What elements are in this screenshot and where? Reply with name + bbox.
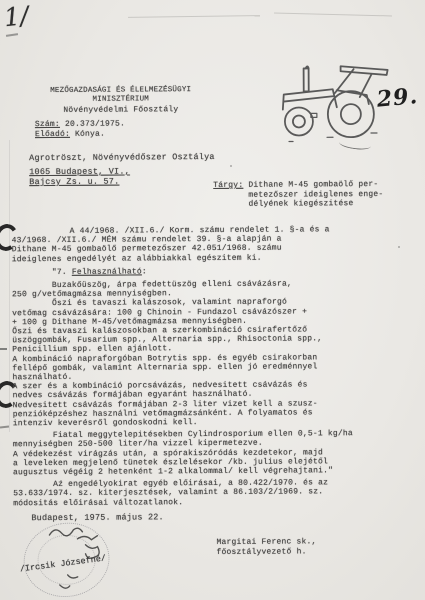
stamp-icon: /Ircsik Józsefné/ [7,522,157,600]
section-number: "7. [52,268,72,277]
clerk-label: Előadó: [35,130,70,139]
recipient-name: Agrotröszt, Növényvédőszer Osztálya [29,152,215,163]
reference-block: Szám: 20.373/1975. Előadó: Kónya. [35,120,125,141]
body-paragraph: Őszi és tavaszi kalászosokban a szerkomb… [12,325,364,355]
subject-block: Tárgy: Dithane M-45 gombaölő per- metező… [213,180,383,210]
closing-paragraph: Az engedélyokirat egyéb előirásai, a 80.… [13,478,365,508]
subject-text: Dithane M-45 gombaölő per- metezőszer id… [248,180,383,209]
letterhead: MEZŐGAZDASÁGI ÉS ÉLELMEZÉSÜGYI MINISZTÉR… [35,86,207,115]
subject-label: Tárgy: [213,181,243,210]
scanned-letter-page: 1/ MEZŐGAZDASÁGI ÉS ÉLELMEZÉSÜGYI MINISZ… [0,0,425,600]
intro-paragraph: A 44/1968. /XII.6./ Korm. számu rendelet… [12,225,364,264]
signatory-title: főosztályvezető h. [217,547,317,558]
body-paragraph: A szer és a kombináció porcsávázás, nedv… [13,380,365,401]
body-paragraph: Fiatal meggytelepitésekben Cylindrospori… [13,429,365,450]
section-heading: "7. Felhasználható: [12,266,364,277]
handwritten-page-number: 29. [376,83,420,113]
reference-number-label: Szám: [35,120,60,129]
reference-number-row: Szám: 20.373/1975. [35,120,125,131]
clerk-row: Előadó: Kónya. [35,130,125,141]
section-colon: : [142,267,147,276]
document-content: MEZŐGAZDASÁGI ÉS ÉLELMEZÉSÜGYI MINISZTÉR… [0,0,425,600]
reference-number-value: 20.373/1975. [65,120,125,129]
recipient-block: Agrotröszt, Növényvédőszer Osztálya 1065… [29,152,215,187]
clerk-value: Kónya. [75,130,105,139]
body-paragraph: Őszi és tavaszi kalászosok, valamint nap… [12,297,364,327]
ministry-name-line2: MINISZTÉRIUM [35,95,207,105]
signature-block: Margitai Ferenc sk., főosztályvezető h. [216,537,316,558]
body-paragraph: A kombináció napraforgóban Botrytis spp.… [12,353,364,383]
body-paragraph: A védekezést virágzás után, a spórakiszó… [13,448,365,478]
department-name: Növényvédelmi Főosztály [35,105,207,115]
section-title: Felhasználható [72,267,142,276]
body-paragraph: Buzakőüszög, árpa fedettüszög elleni csá… [12,279,364,300]
letter-body: A 44/1968. /XII.6./ Korm. számu rendelet… [12,225,366,508]
recipient-address-line2: Bajcsy Zs. u. 57. [29,176,215,187]
signatory-name: Margitai Ferenc sk., [216,537,316,548]
body-paragraph: Nedvesitett csávázás formájában 2-3 lite… [13,399,365,429]
